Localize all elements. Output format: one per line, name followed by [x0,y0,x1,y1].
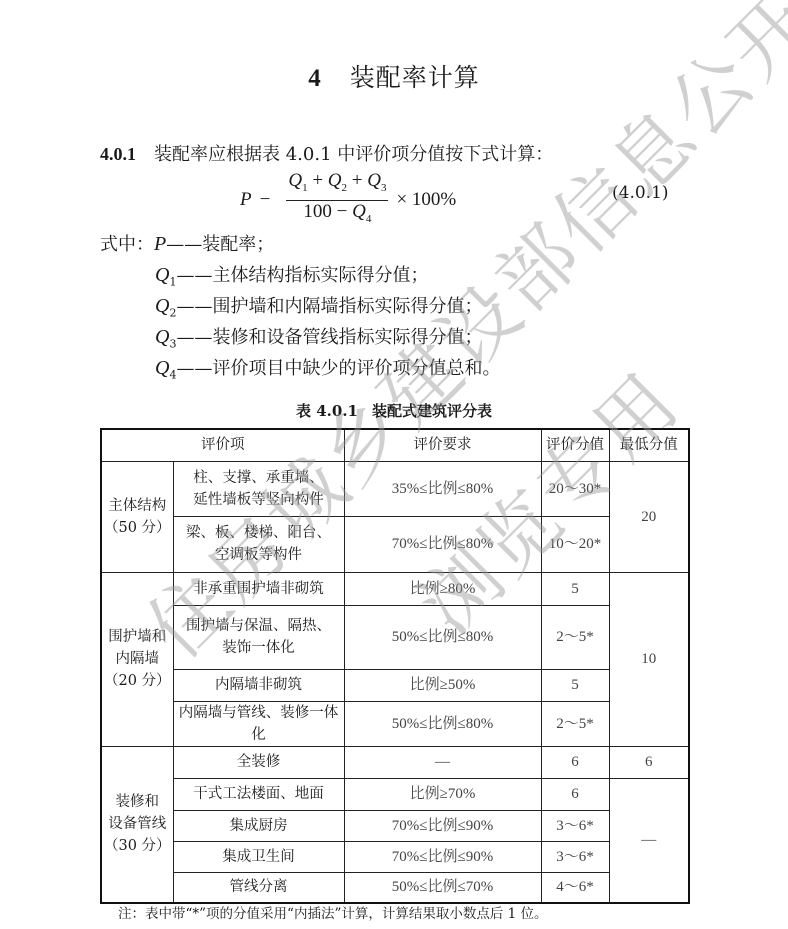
table-row: 装修和 设备管线 （30 分） 全装修 — 6 6 [101,746,689,778]
group-finishing-pipelines: 装修和 设备管线 （30 分） [101,746,173,903]
q-symbol: Q [155,295,169,317]
chapter-title-text: 装配率计算 [350,63,480,92]
formula-denominator: 100 − Q4 [303,201,371,230]
table-note: 注：表中带“*”项的分值采用“内插法”计算，计算结果取小数点后 1 位。 [118,902,548,922]
item-cell: 干式工法楼面、地面 [173,778,344,810]
formula-fraction: Q1 + Q2 + Q3 100 − Q4 [286,170,388,230]
score-cell: 10～20* [541,516,609,572]
header-requirement: 评价要求 [344,429,541,461]
item-text: 柱、支撑、承重墙、 [176,467,342,489]
equation-number: (4.0.1) [612,183,669,203]
table-row: 集成厨房 70%≤比例≤90% 3～6* [101,810,689,841]
definition-text: ——评价项目中缺少的评价项分值总和。 [176,358,500,379]
definition-q1: Q1——主体结构指标实际得分值； [155,261,428,289]
q2-symbol: Q [328,170,342,191]
min-score-cell: 20 [609,461,689,572]
definition-text: ——围护墙和内隔墙指标实际得分值； [176,296,482,317]
header-item: 评价项 [101,429,344,461]
table-row: 管线分离 50%≤比例≤70% 4～6* [101,872,689,903]
group-name: 主体结构 [104,495,171,517]
item-cell: 内隔墙非砌筑 [173,669,344,701]
formula-lhs: P [240,189,252,211]
group-enclosure-walls: 围护墙和 内隔墙 （20 分） [101,572,173,746]
q4-symbol: Q [352,201,366,222]
where-p: 式中：P——装配率； [100,230,274,256]
clause-4-0-1: 4.0.1装配率应根据表 4.0.1 中评价项分值按下式计算： [100,140,553,166]
group-points: （50 分） [104,517,171,539]
table-row: 内隔墙与管线、装修一体化 50%≤比例≤80% 2～5* [101,701,689,746]
requirement-cell: 比例≥70% [344,778,541,810]
item-cell: 梁、板、楼梯、阳台、 空调板等构件 [173,516,344,572]
table-row: 集成卫生间 70%≤比例≤90% 3～6* [101,841,689,872]
item-cell: 集成厨房 [173,810,344,841]
definition-q3: Q3——装修和设备管线指标实际得分值； [155,323,482,351]
score-cell: 5 [541,572,609,605]
plus-sign: + [308,170,328,191]
item-cell: 管线分离 [173,872,344,903]
formula: P − Q1 + Q2 + Q3 100 − Q4 × 100% [240,170,456,230]
table-header-row: 评价项 评价要求 评价分值 最低分值 [101,429,689,461]
min-score-cell: 6 [609,746,689,778]
p-symbol: P [154,233,166,255]
score-cell: 2～5* [541,701,609,746]
scoring-table: 评价项 评价要求 评价分值 最低分值 主体结构 （50 分） 柱、支撑、承重墙、… [100,428,690,904]
group-points: （30 分） [104,835,171,857]
item-text: 围护墙与保温、隔热、 [176,615,342,637]
item-cell: 集成卫生间 [173,841,344,872]
table-number: 表 4.0.1 [296,402,358,420]
chapter-number: 4 [308,65,322,92]
item-text: 装饰一体化 [176,637,342,659]
group-name: 内隔墙 [104,648,171,670]
definition-text: ——装修和设备管线指标实际得分值； [176,327,482,348]
table-row: 干式工法楼面、地面 比例≥70% 6 — [101,778,689,810]
formula-multiplier: × 100% [396,189,456,211]
table-row: 围护墙与保温、隔热、 装饰一体化 50%≤比例≤80% 2～5* [101,605,689,669]
item-cell: 内隔墙与管线、装修一体化 [173,701,344,746]
header-min-score: 最低分值 [609,429,689,461]
table-title-text: 装配式建筑评分表 [372,402,492,420]
table-title: 表 4.0.1装配式建筑评分表 [0,400,788,421]
requirement-cell: 比例≥50% [344,669,541,701]
item-text: 空调板等构件 [176,544,342,566]
group-name: 设备管线 [104,813,171,835]
header-score: 评价分值 [541,429,609,461]
score-cell: 3～6* [541,810,609,841]
q-symbol: Q [155,326,169,348]
requirement-cell: 70%≤比例≤80% [344,516,541,572]
q1-symbol: Q [288,170,302,191]
group-name: 围护墙和 [104,626,171,648]
clause-text: 装配率应根据表 4.0.1 中评价项分值按下式计算： [154,144,553,165]
q3-subscript: 3 [381,182,387,194]
item-cell: 柱、支撑、承重墙、 延性墙板等竖向构件 [173,461,344,516]
item-text: 延性墙板等竖向构件 [176,489,342,511]
formula-operator: − [260,189,271,211]
score-cell: 2～5* [541,605,609,669]
item-cell: 全装修 [173,746,344,778]
requirement-cell: 35%≤比例≤80% [344,461,541,516]
requirement-cell: 50%≤比例≤80% [344,701,541,746]
score-cell: 6 [541,746,609,778]
chapter-title: 4装配率计算 [0,58,788,94]
item-text: 梁、板、楼梯、阳台、 [176,522,342,544]
requirement-cell: 比例≥80% [344,572,541,605]
score-cell: 20～30* [541,461,609,516]
clause-number: 4.0.1 [100,144,136,164]
requirement-cell: 70%≤比例≤90% [344,841,541,872]
definition-q4: Q4——评价项目中缺少的评价项分值总和。 [155,354,500,382]
score-cell: 4～6* [541,872,609,903]
formula-numerator: Q1 + Q2 + Q3 [286,170,388,201]
q3-symbol: Q [367,170,381,191]
score-cell: 3～6* [541,841,609,872]
requirement-cell: 70%≤比例≤90% [344,810,541,841]
q-symbol: Q [155,357,169,379]
table-row: 主体结构 （50 分） 柱、支撑、承重墙、 延性墙板等竖向构件 35%≤比例≤8… [101,461,689,516]
table-row: 内隔墙非砌筑 比例≥50% 5 [101,669,689,701]
group-main-structure: 主体结构 （50 分） [101,461,173,572]
definition-text: ——主体结构指标实际得分值； [176,265,428,286]
score-cell: 5 [541,669,609,701]
table-row: 梁、板、楼梯、阳台、 空调板等构件 70%≤比例≤80% 10～20* [101,516,689,572]
min-score-cell: — [609,778,689,903]
q4-subscript: 4 [366,213,372,225]
q-symbol: Q [155,264,169,286]
item-cell: 非承重围护墙非砌筑 [173,572,344,605]
group-name: 装修和 [104,791,171,813]
group-points: （20 分） [104,670,171,692]
min-score-cell: 10 [609,572,689,746]
item-cell: 围护墙与保温、隔热、 装饰一体化 [173,605,344,669]
plus-sign: + [347,170,367,191]
p-description: ——装配率； [166,234,274,255]
denominator-prefix: 100 − [303,201,352,222]
requirement-cell: 50%≤比例≤80% [344,605,541,669]
requirement-cell: 50%≤比例≤70% [344,872,541,903]
requirement-cell: — [344,746,541,778]
where-prefix: 式中： [100,234,154,255]
table-row: 围护墙和 内隔墙 （20 分） 非承重围护墙非砌筑 比例≥80% 5 10 [101,572,689,605]
score-cell: 6 [541,778,609,810]
definition-q2: Q2——围护墙和内隔墙指标实际得分值； [155,292,482,320]
